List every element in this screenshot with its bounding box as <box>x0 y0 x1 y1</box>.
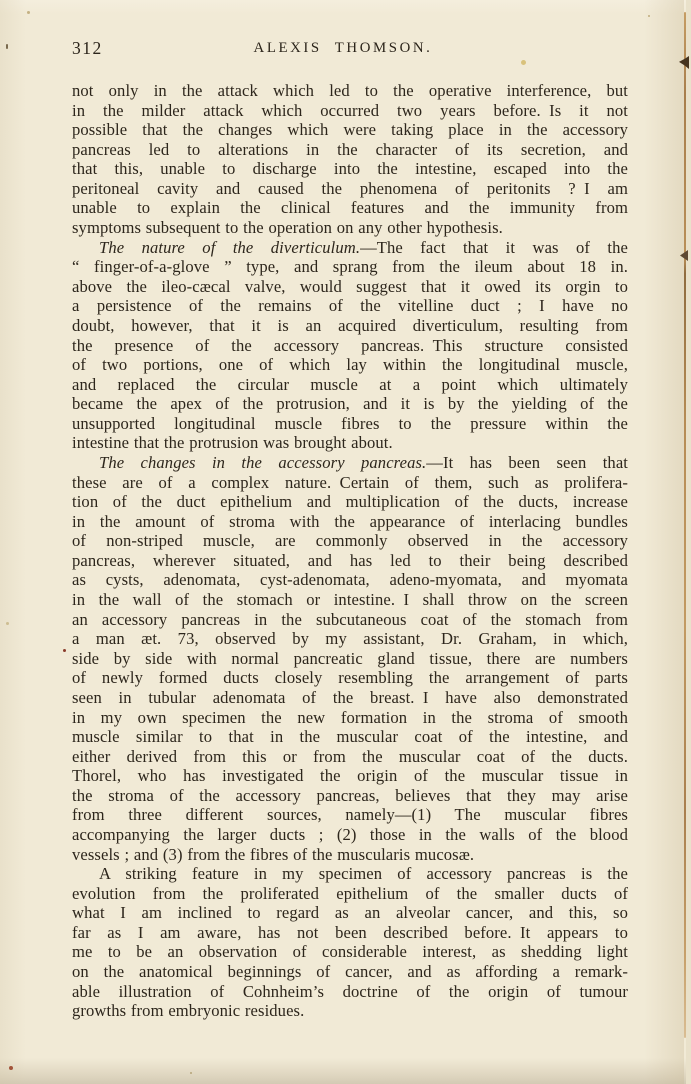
text-line: growths from embryonic residues. <box>72 1001 628 1021</box>
text-line: unable to explain the clinical features … <box>72 198 628 218</box>
page-edge-line <box>684 12 686 1038</box>
text-line: far as I am aware, has not been describe… <box>72 923 628 943</box>
text-line: above the ileo-cæcal valve, would sugges… <box>72 277 628 297</box>
text-line: side by side with normal pancreatic glan… <box>72 649 628 669</box>
text-line: able illustration of Cohnheim’s doctrine… <box>72 982 628 1002</box>
foxing-speck <box>521 60 526 65</box>
text-line: from three different sources, namely—(1)… <box>72 805 628 825</box>
text-line: pancreas led to alterations in the chara… <box>72 140 628 160</box>
foxing-speck <box>27 11 30 14</box>
foxing-speck <box>190 1072 192 1074</box>
text-line: muscle similar to that in the muscular c… <box>72 727 628 747</box>
text-line: the presence of the accessory pancreas. … <box>72 336 628 356</box>
foxing-speck <box>6 622 9 625</box>
foxing-speck <box>648 15 650 17</box>
text-line: the stroma of the accessory pancreas, be… <box>72 786 628 806</box>
foxing-speck <box>6 44 8 49</box>
text-line: a man æt. 73, observed by my assistant, … <box>72 629 628 649</box>
text-line: in my own specimen the new formation in … <box>72 708 628 728</box>
text-line: doubt, however, that it is an acquired d… <box>72 316 628 336</box>
text-line: on the anatomical beginnings of cancer, … <box>72 962 628 982</box>
text-line: The nature of the diverticulum.—The fact… <box>72 238 628 258</box>
text-line: of two portions, one of which lay within… <box>72 355 628 375</box>
text-line: intestine that the protrusion was brough… <box>72 433 628 453</box>
text-line: not only in the attack which led to the … <box>72 81 628 101</box>
body-text-block: not only in the attack which led to the … <box>72 81 628 1021</box>
scanned-book-page: 312 ALEXIS THOMSON. not only in the atta… <box>0 0 691 1084</box>
foxing-speck <box>63 649 66 652</box>
paper-shading-left <box>0 0 26 1084</box>
paragraph: A striking feature in my specimen of acc… <box>72 864 628 1021</box>
text-line: seen in tubular adenomata of the breast.… <box>72 688 628 708</box>
foxing-speck <box>9 1066 13 1070</box>
text-line: what I am inclined to regard as an alveo… <box>72 903 628 923</box>
text-line: unsupported longitudinal muscle fibres t… <box>72 414 628 434</box>
paragraph: not only in the attack which led to the … <box>72 81 628 238</box>
paper-shading-right <box>644 0 684 1084</box>
text-line: an accessory pancreas in the subcutaneou… <box>72 610 628 630</box>
text-line: of non-striped muscle, are commonly obse… <box>72 531 628 551</box>
paragraph: The nature of the diverticulum.—The fact… <box>72 238 628 453</box>
text-line: accompanying the larger ducts ; (2) thos… <box>72 825 628 845</box>
text-line: vessels ; and (3) from the fibres of the… <box>72 845 628 865</box>
text-line: peritoneal cavity and caused the phenome… <box>72 179 628 199</box>
page-edge-background <box>686 0 691 1084</box>
text-line: “ finger-of-a-glove ” type, and sprang f… <box>72 257 628 277</box>
text-line: symptoms subsequent to the operation on … <box>72 218 628 238</box>
text-line: tion of the duct epithelium and multipli… <box>72 492 628 512</box>
italic-lead: The changes in the accessory pancreas. <box>99 453 426 472</box>
text-line: Thorel, who has investigated the origin … <box>72 766 628 786</box>
running-header-title: ALEXIS THOMSON. <box>72 40 614 57</box>
running-head: 312 ALEXIS THOMSON. <box>72 38 628 60</box>
paragraph: The changes in the accessory pancreas.—I… <box>72 453 628 864</box>
text-line: in the wall of the stomach or intestine.… <box>72 590 628 610</box>
text-line: as cysts, adenomata, cyst-adenomata, ade… <box>72 570 628 590</box>
text-line: became the apex of the protrusion, and i… <box>72 394 628 414</box>
text-line: of newly formed ducts closely resembling… <box>72 668 628 688</box>
text-line: evolution from the proliferated epitheli… <box>72 884 628 904</box>
italic-lead: The nature of the diverticulum. <box>99 238 360 257</box>
text-line: me to be an observation of considerable … <box>72 942 628 962</box>
text-line: and replaced the circular muscle at a po… <box>72 375 628 395</box>
text-line: The changes in the accessory pancreas.—I… <box>72 453 628 473</box>
text-line: either derived from this or from the mus… <box>72 747 628 767</box>
text-line: possible that the changes which were tak… <box>72 120 628 140</box>
text-line: in the milder attack which occurred two … <box>72 101 628 121</box>
text-line: in the amount of stroma with the appeara… <box>72 512 628 532</box>
text-line: pancreas, wherever situated, and has led… <box>72 551 628 571</box>
text-line: A striking feature in my specimen of acc… <box>72 864 628 884</box>
text-line: that this, unable to discharge into the … <box>72 159 628 179</box>
text-line: a persistence of the remains of the vite… <box>72 296 628 316</box>
text-line: these are of a complex nature. Certain o… <box>72 473 628 493</box>
